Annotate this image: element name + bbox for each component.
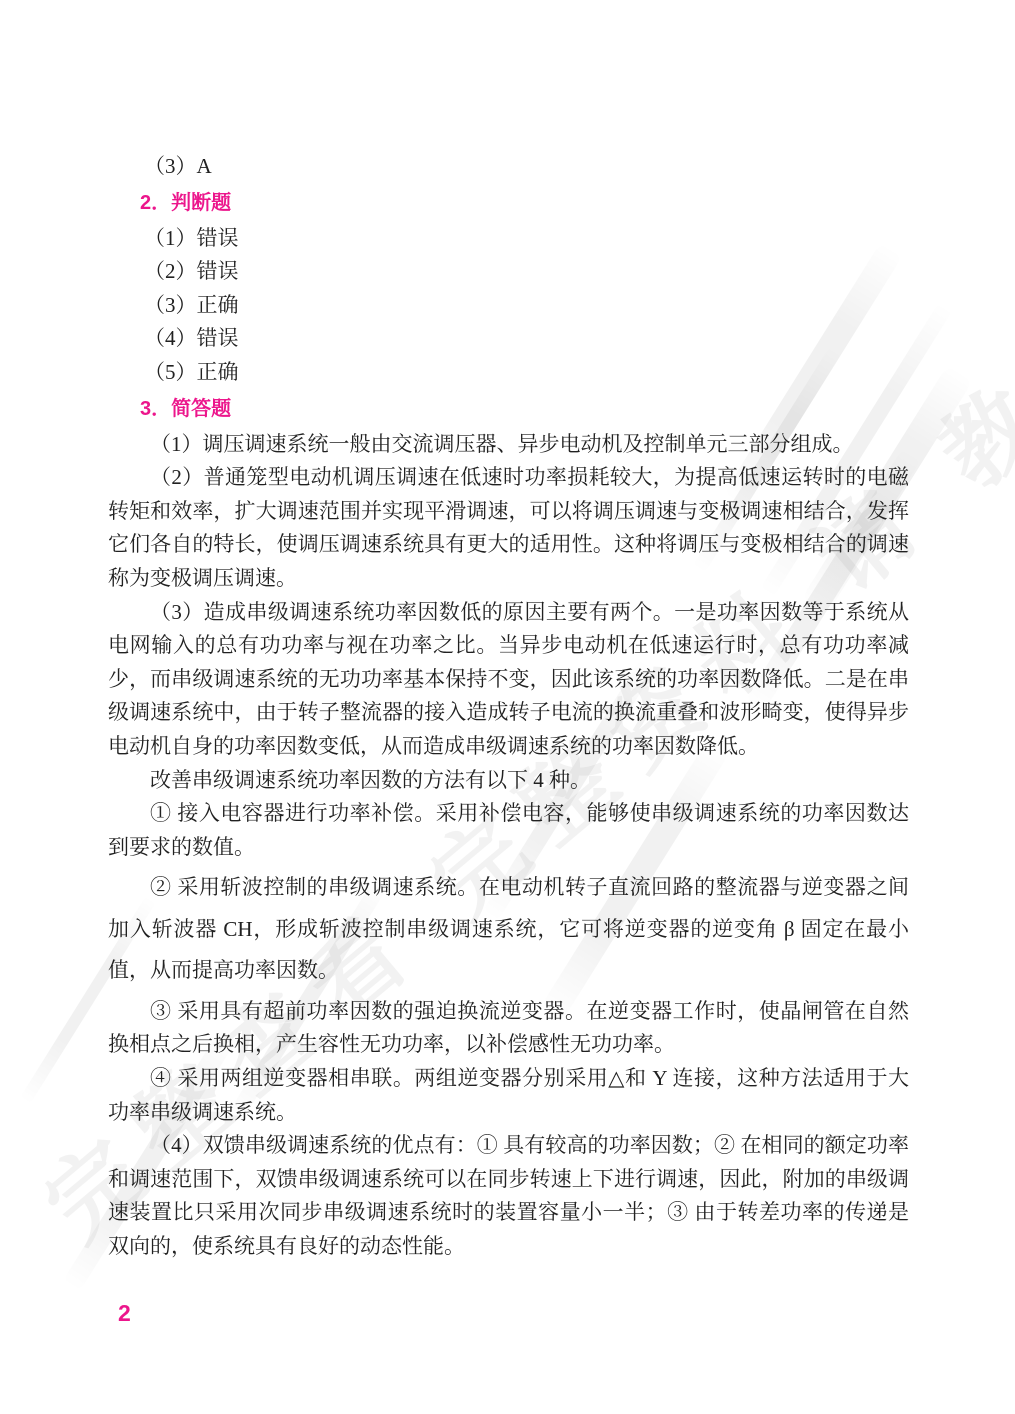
short-answer-paragraph: ④ 采用两组逆变器相串联。两组逆变器分别采用△和 Y 连接，这种方法适用于大功率…	[108, 1062, 909, 1129]
section-heading-judge: 2．判断题	[140, 186, 909, 220]
judge-answer-item: （4）错误	[108, 322, 909, 356]
judge-answer-item: （3）正确	[108, 289, 909, 323]
judge-answer-item: （2）错误	[108, 255, 909, 289]
short-answer-paragraph: （4）双馈串级调速系统的优点有：① 具有较高的功率因数；② 在相同的额定功率和调…	[108, 1129, 909, 1263]
page-content: （3）A 2．判断题 （1）错误 （2）错误 （3）正确 （4）错误 （5）正确…	[108, 150, 909, 1264]
answer-choice-line: （3）A	[108, 150, 909, 184]
short-answer-paragraph: （2）普通笼型电动机调压调速在低速时功率损耗较大，为提高低速运转时的电磁转矩和效…	[108, 461, 909, 595]
short-answer-paragraph: （1）调压调速系统一般由交流调压器、异步电动机及控制单元三部分组成。	[108, 428, 909, 462]
document-page: 完整查看 完整资料 请 教辅资料 APP （3）A 2．判断题 （1）错误 （2…	[0, 0, 1015, 1414]
short-answer-paragraph: ② 采用斩波控制的串级调速系统。在电动机转子直流回路的整流器与逆变器之间加入斩波…	[108, 867, 909, 992]
short-answer-paragraph: ③ 采用具有超前功率因数的强迫换流逆变器。在逆变器工作时，使晶闸管在自然换相点之…	[108, 995, 909, 1062]
short-answer-paragraph: 改善串级调速系统功率因数的方法有以下 4 种。	[108, 764, 909, 798]
section-heading-short-answer: 3．简答题	[140, 392, 909, 426]
page-number: 2	[118, 1302, 131, 1325]
short-answer-paragraph: ① 接入电容器进行功率补偿。采用补偿电容，能够使串级调速系统的功率因数达到要求的…	[108, 797, 909, 864]
judge-answer-item: （1）错误	[108, 222, 909, 256]
short-answer-paragraph: （3）造成串级调速系统功率因数低的原因主要有两个。一是功率因数等于系统从电网输入…	[108, 596, 909, 764]
judge-answer-item: （5）正确	[108, 356, 909, 390]
